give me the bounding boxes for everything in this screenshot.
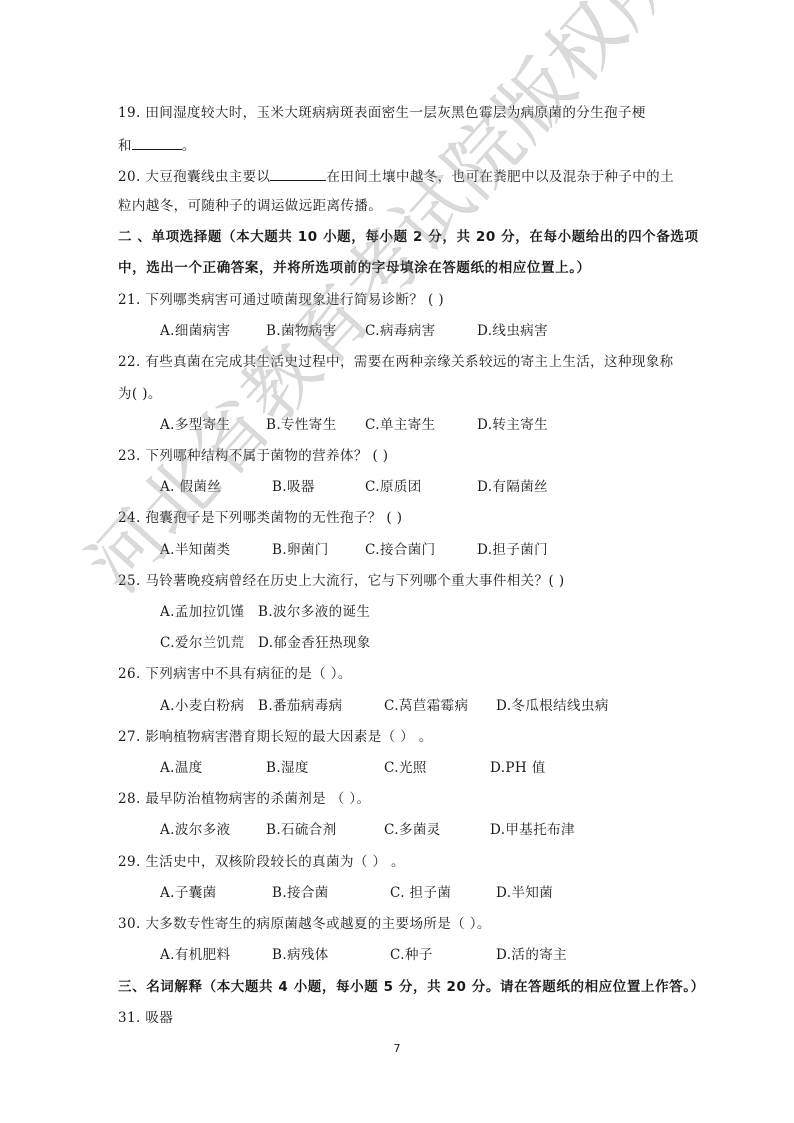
option-b: B.湿度 [266,759,309,777]
question-27-stem: 27. 影响植物病害潜育期长短的最大因素是（ ） 。 [118,728,433,746]
option-c: C.爱尔兰饥荒 [160,634,244,652]
option-b: B.病残体 [272,946,329,964]
option-c: C.种子 [390,946,433,964]
question-22-options: A.多型寄生 B.专性寄生 C.单主寄生 D.转主寄生 [160,416,720,434]
option-d: D.半知菌 [496,884,553,902]
question-19-line-2: 和。 [118,135,196,155]
question-22-stem-line-2: 为( )。 [118,385,162,403]
question-23-stem: 23. 下列哪种结构不属于菌物的营养体？ ( ) [118,447,388,465]
question-19-line-1: 19. 田间湿度较大时，玉米大斑病病斑表面密生一层灰黑色霉层为病原菌的分生孢子梗 [118,104,646,122]
fill-in-blank [132,135,182,150]
option-a: A.波尔多液 [160,821,230,839]
option-d: D.转主寄生 [477,416,548,434]
option-c: C.接合菌门 [365,541,436,559]
option-a: A.有机肥料 [160,946,230,964]
option-b: B.石硫合剂 [266,821,337,839]
question-22-stem-line-1: 22. 有些真菌在完成其生活史过程中，需要在两种亲缘关系较远的寄主上生活，这种现… [118,353,674,371]
option-a: A. 假菌丝 [160,478,221,496]
question-25-options-row-2: C.爱尔兰饥荒 D.郁金香狂热现象 [160,634,720,652]
question-25-options-row-1: A.孟加拉饥馑 B.波尔多液的诞生 [160,603,720,621]
question-24-stem: 24. 孢囊孢子是下列哪类菌物的无性孢子？ ( ) [118,509,402,527]
question-24-options: A.半知菌类 B.卵菌门 C.接合菌门 D.担子菌门 [160,541,720,559]
question-20-suffix: 在田间土壤中越冬，也可在粪肥中以及混杂于种子中的土 [326,169,674,185]
question-26-options: A.小麦白粉病 B.番茄病毒病 C.莴苣霜霉病 D.冬瓜根结线虫病 [160,697,720,715]
option-d: D.冬瓜根结线虫病 [496,697,609,715]
option-d: D.郁金香狂热现象 [258,634,371,652]
option-a: A.多型寄生 [160,416,230,434]
option-b: B.卵菌门 [272,541,329,559]
option-b: B.番茄病毒病 [258,697,343,715]
option-c: C.光照 [384,759,427,777]
question-19-suffix: 。 [182,138,196,154]
question-29-stem: 29. 生活史中，双核阶段较长的真菌为（ ） 。 [118,853,405,871]
question-28-stem: 28. 最早防治植物病害的杀菌剂是 （ ）。 [118,790,370,808]
option-b: B.接合菌 [272,884,329,902]
question-19-prefix: 和 [118,138,132,154]
option-b: B.吸器 [272,478,315,496]
question-20-prefix: 20. 大豆孢囊线虫主要以 [118,169,270,185]
option-a: A.孟加拉饥馑 [160,603,244,621]
section-3-heading: 三、名词解释（本大题共 4 小题，每小题 5 分，共 20 分。请在答题纸的相应… [118,978,705,996]
option-c: C.多菌灵 [384,821,441,839]
option-d: D.线虫病害 [477,322,548,340]
question-27-options: A.温度 B.湿度 C.光照 D.PH 值 [160,759,720,777]
option-c: C.莴苣霜霉病 [384,697,468,715]
option-d: D.担子菌门 [477,541,548,559]
question-21-stem: 21. 下列哪类病害可通过喷菌现象进行简易诊断？ ( ) [118,291,444,309]
question-23-options: A. 假菌丝 B.吸器 C.原质团 D.有隔菌丝 [160,478,720,496]
option-a: A.半知菌类 [160,541,230,559]
section-2-heading-line-2: 中，选出一个正确答案，并将所选项前的字母填涂在答题纸的相应位置上。） [118,259,591,277]
option-d: D.PH 值 [490,759,546,777]
fill-in-blank [270,166,326,181]
option-b: B.专性寄生 [266,416,337,434]
question-28-options: A.波尔多液 B.石硫合剂 C.多菌灵 D.甲基托布津 [160,821,720,839]
option-c: C.原质团 [365,478,422,496]
section-2-heading-line-1: 二 、单项选择题（本大题共 10 小题，每小题 2 分，共 20 分，在每小题给… [118,228,699,246]
option-d: D.甲基托布津 [490,821,575,839]
option-a: A.细菌病害 [160,322,230,340]
question-20-line-1: 20. 大豆孢囊线虫主要以在田间土壤中越冬，也可在粪肥中以及混杂于种子中的土 [118,166,674,186]
question-30-options: A.有机肥料 B.病残体 C.种子 D.活的寄主 [160,946,720,964]
option-a: A.小麦白粉病 [160,697,244,715]
option-a: A.子囊菌 [160,884,217,902]
question-25-stem: 25. 马铃薯晚疫病曾经在历史上大流行，它与下列哪个重大事件相关？( ) [118,572,565,590]
question-20-line-2: 粒内越冬，可随种子的调运做远距离传播。 [118,197,382,215]
option-b: B.波尔多液的诞生 [258,603,370,621]
document-page: 19. 田间湿度较大时，玉米大斑病病斑表面密生一层灰黑色霉层为病原菌的分生孢子梗… [0,0,794,1123]
option-c: C.病毒病害 [365,322,436,340]
page-number: 7 [0,1042,794,1055]
option-c: C.单主寄生 [365,416,436,434]
question-31: 31. 吸器 [118,1009,173,1027]
option-c: C. 担子菌 [390,884,451,902]
question-21-options: A.细菌病害 B.菌物病害 C.病毒病害 D.线虫病害 [160,322,720,340]
option-d: D.活的寄主 [496,946,567,964]
question-26-stem: 26. 下列病害中不具有病征的是（ ）。 [118,665,352,683]
option-b: B.菌物病害 [266,322,337,340]
option-a: A.温度 [160,759,203,777]
question-29-options: A.子囊菌 B.接合菌 C. 担子菌 D.半知菌 [160,884,720,902]
option-d: D.有隔菌丝 [477,478,548,496]
question-30-stem: 30. 大多数专性寄生的病原菌越冬或越夏的主要场所是（ ）。 [118,915,491,933]
